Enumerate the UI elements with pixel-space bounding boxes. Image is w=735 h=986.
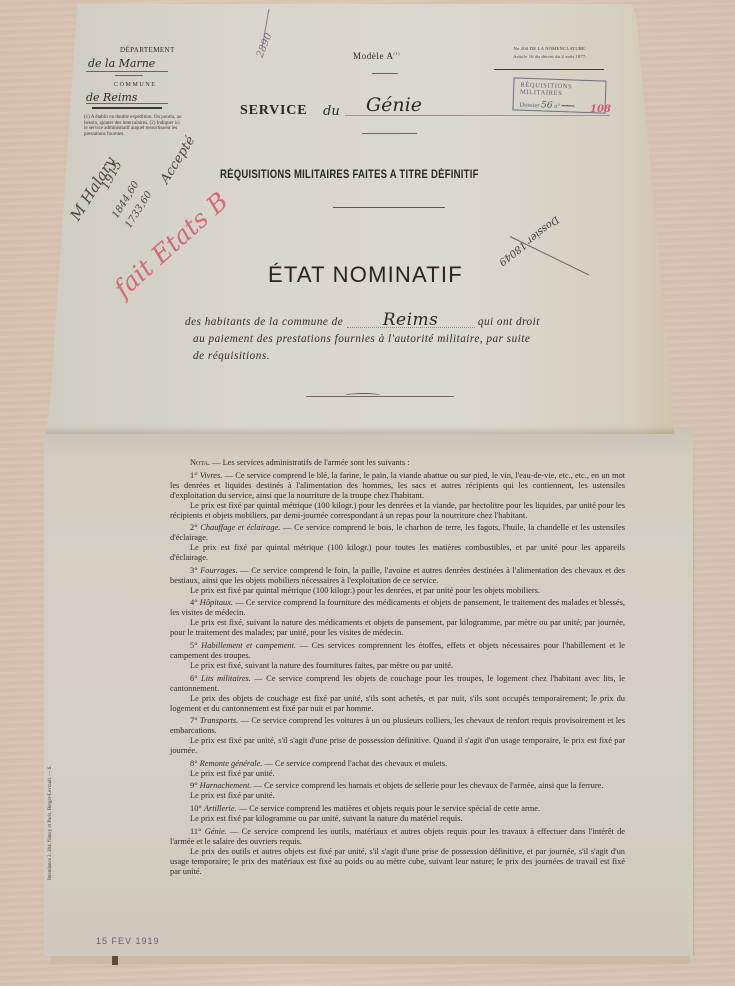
section-number: 9° — [190, 781, 198, 790]
section-number: 1° — [190, 471, 198, 480]
departement-label: DÉPARTEMENT — [120, 46, 175, 54]
nota-intro: Nota. — Les services administratifs de l… — [170, 458, 625, 468]
nota-section: Nota. — Les services administratifs de l… — [170, 458, 625, 877]
section-title: Transports. — [200, 716, 238, 725]
service-rule — [345, 115, 610, 116]
habitants-line-3: de réquisitions. — [185, 348, 615, 365]
nota-section-7-price: Le prix est fixé par unité, s'il s'agit … — [170, 736, 625, 756]
habitants-line-1: des habitants de la commune de Reims qui… — [185, 313, 615, 331]
nota-section-2-description: 2° Chauffage et éclairage. — Ce service … — [170, 523, 625, 543]
section-title: Habillement et campement. — [201, 641, 296, 650]
nota-section-8-price: Le prix est fixé par unité. — [170, 769, 625, 779]
stamp-title: RÉQUISITIONS MILITAIRES — [520, 82, 599, 99]
section-number: 4° — [190, 598, 198, 607]
section-description: — Ce service comprend les matières et ob… — [239, 804, 540, 813]
commune-thick-rule — [92, 107, 162, 109]
service-value: Génie — [366, 94, 422, 116]
section-number: 11° — [190, 827, 201, 836]
section-description: — Ce service comprend les harnais et obj… — [254, 781, 604, 790]
section-number: 5° — [190, 641, 198, 650]
departement-short-rule — [115, 75, 143, 76]
habitants-before: des habitants de la commune de — [185, 316, 343, 328]
nota-section-1-price: Le prix est fixé par quintal métrique (1… — [170, 501, 625, 521]
nota-section-10-price: Le prix est fixé par kilogramme ou par u… — [170, 814, 625, 824]
nota-section-9-price: Le prix est fixé par unité. — [170, 791, 625, 801]
section-number: 8° — [190, 759, 198, 768]
section-number: 7° — [190, 716, 198, 725]
nota-label: Nota. — [190, 458, 210, 467]
nota-section-2-price: Le prix est fixé par quintal métrique (1… — [170, 543, 625, 563]
nota-section-11-price: Le prix des outils et autres objets est … — [170, 847, 625, 877]
departement-value: de la Marne — [88, 57, 155, 70]
modele-text: Modèle A — [353, 51, 394, 61]
section-number: 6° — [190, 674, 198, 683]
service-ornament-rule — [362, 133, 417, 134]
nota-section-5-price: Le prix est fixé, suivant la nature des … — [170, 661, 625, 671]
commune-label: COMMUNE — [114, 82, 157, 88]
stamp-dossier-label: Dossier — [520, 102, 540, 110]
nota-section-10-description: 10° Artillerie. — Ce service comprend le… — [170, 804, 625, 814]
bottom-ornament-flourish — [345, 393, 381, 398]
stamp-red-number: 108 — [590, 104, 611, 115]
nota-section-3-price: Le prix est fixé par quintal métrique (1… — [170, 586, 625, 596]
section-description: — Ce service comprend le blé, la farine,… — [170, 471, 625, 500]
nota-section-5-description: 5° Habillement et campement. — Ces servi… — [170, 641, 625, 661]
nomenclature-line2: Article 16 du décret du 2 août 1877. — [480, 53, 620, 61]
nota-section-9-description: 9° Harnachement. — Ce service comprend l… — [170, 781, 625, 791]
nota-section-7-description: 7° Transports. — Ce service comprend les… — [170, 716, 625, 736]
stamp-number-label: n° — [554, 103, 560, 110]
section-title: Hôpitaux. — [200, 598, 233, 607]
section-title: Génie. — [205, 827, 227, 836]
section-title: Lits militaires. — [201, 674, 251, 683]
modele-rule — [372, 73, 398, 74]
commune-rule — [86, 103, 168, 104]
nomenclature-line1: No 204 DE LA NOMENCLATURE. — [480, 45, 620, 53]
nota-section-6-description: 6° Lits militaires. — Ce service compren… — [170, 674, 625, 694]
section-number: 10° — [190, 804, 202, 813]
habitants-commune-value: Reims — [347, 313, 475, 328]
nota-sections-list: 1° Vivres. — Ce service comprend le blé,… — [170, 471, 625, 877]
heading-rule — [333, 207, 445, 208]
section-title: Artillerie. — [204, 804, 237, 813]
section-title: Vivres. — [200, 471, 223, 480]
section-number: 3° — [190, 566, 198, 575]
nota-section-8-description: 8° Remonte générale. — Ce service compre… — [170, 759, 625, 769]
stamp-dossier-value: 56 — [541, 100, 553, 110]
service-label: SERVICE — [240, 103, 307, 119]
habitants-after: qui ont droit — [478, 316, 540, 328]
section-description: — Ce service comprend la fourniture des … — [170, 598, 625, 617]
departement-rule — [86, 71, 168, 72]
section-title: Fourrages. — [200, 566, 237, 575]
nomenclature-rule — [494, 69, 604, 70]
section-description: — Ce service comprend les voitures à un … — [170, 716, 625, 735]
stamp-struck-number: ~~~ — [562, 101, 575, 110]
requisitions-heading: RÉQUISITIONS MILITAIRES FAITES A TITRE D… — [220, 168, 479, 181]
section-title: Remonte générale. — [200, 759, 263, 768]
modele-label: Modèle A(1) — [353, 51, 400, 61]
nomenclature-block: No 204 DE LA NOMENCLATURE. Article 16 du… — [480, 45, 620, 61]
service-du: du — [323, 104, 340, 119]
section-description: — Ce service comprend les outils, matéri… — [170, 827, 625, 846]
nota-section-1-description: 1° Vivres. — Ce service comprend le blé,… — [170, 471, 625, 501]
nota-section-11-description: 11° Génie. — Ce service comprend les out… — [170, 827, 625, 847]
section-description: — Ce service comprend le foin, la paille… — [170, 566, 625, 585]
printer-imprint: Intendance 2. 204. Nancy et Paris, Berge… — [48, 766, 53, 880]
nota-section-4-description: 4° Hôpitaux. — Ce service comprend la fo… — [170, 598, 625, 618]
modele-sup: (1) — [394, 51, 400, 56]
habitants-text: des habitants de la commune de Reims qui… — [185, 313, 615, 365]
nota-intro-text: — Les services administratifs de l'armée… — [212, 458, 410, 467]
section-title: Chauffage et éclairage. — [200, 523, 280, 532]
nota-section-4-price: Le prix est fixé, suivant la nature des … — [170, 618, 625, 638]
section-title: Harnachement. — [200, 781, 252, 790]
etat-nominatif-title: ÉTAT NOMINATIF — [268, 262, 463, 288]
stamp-dossier-line: Dossier 56 n° ~~~ — [519, 100, 598, 113]
section-description: — Ce service comprend l'achat des chevau… — [265, 759, 448, 768]
nota-section-6-price: Le prix des objets de couchage est fixé … — [170, 694, 625, 714]
section-number: 2° — [190, 523, 198, 532]
date-stamp: 15 FEV 1919 — [96, 936, 160, 946]
nota-section-3-description: 3° Fourrages. — Ce service comprend le f… — [170, 566, 625, 586]
footnotes: (1) A établir en double expédition. On p… — [84, 115, 182, 137]
habitants-line-2: au paiement des prestations fournies à l… — [185, 331, 615, 348]
